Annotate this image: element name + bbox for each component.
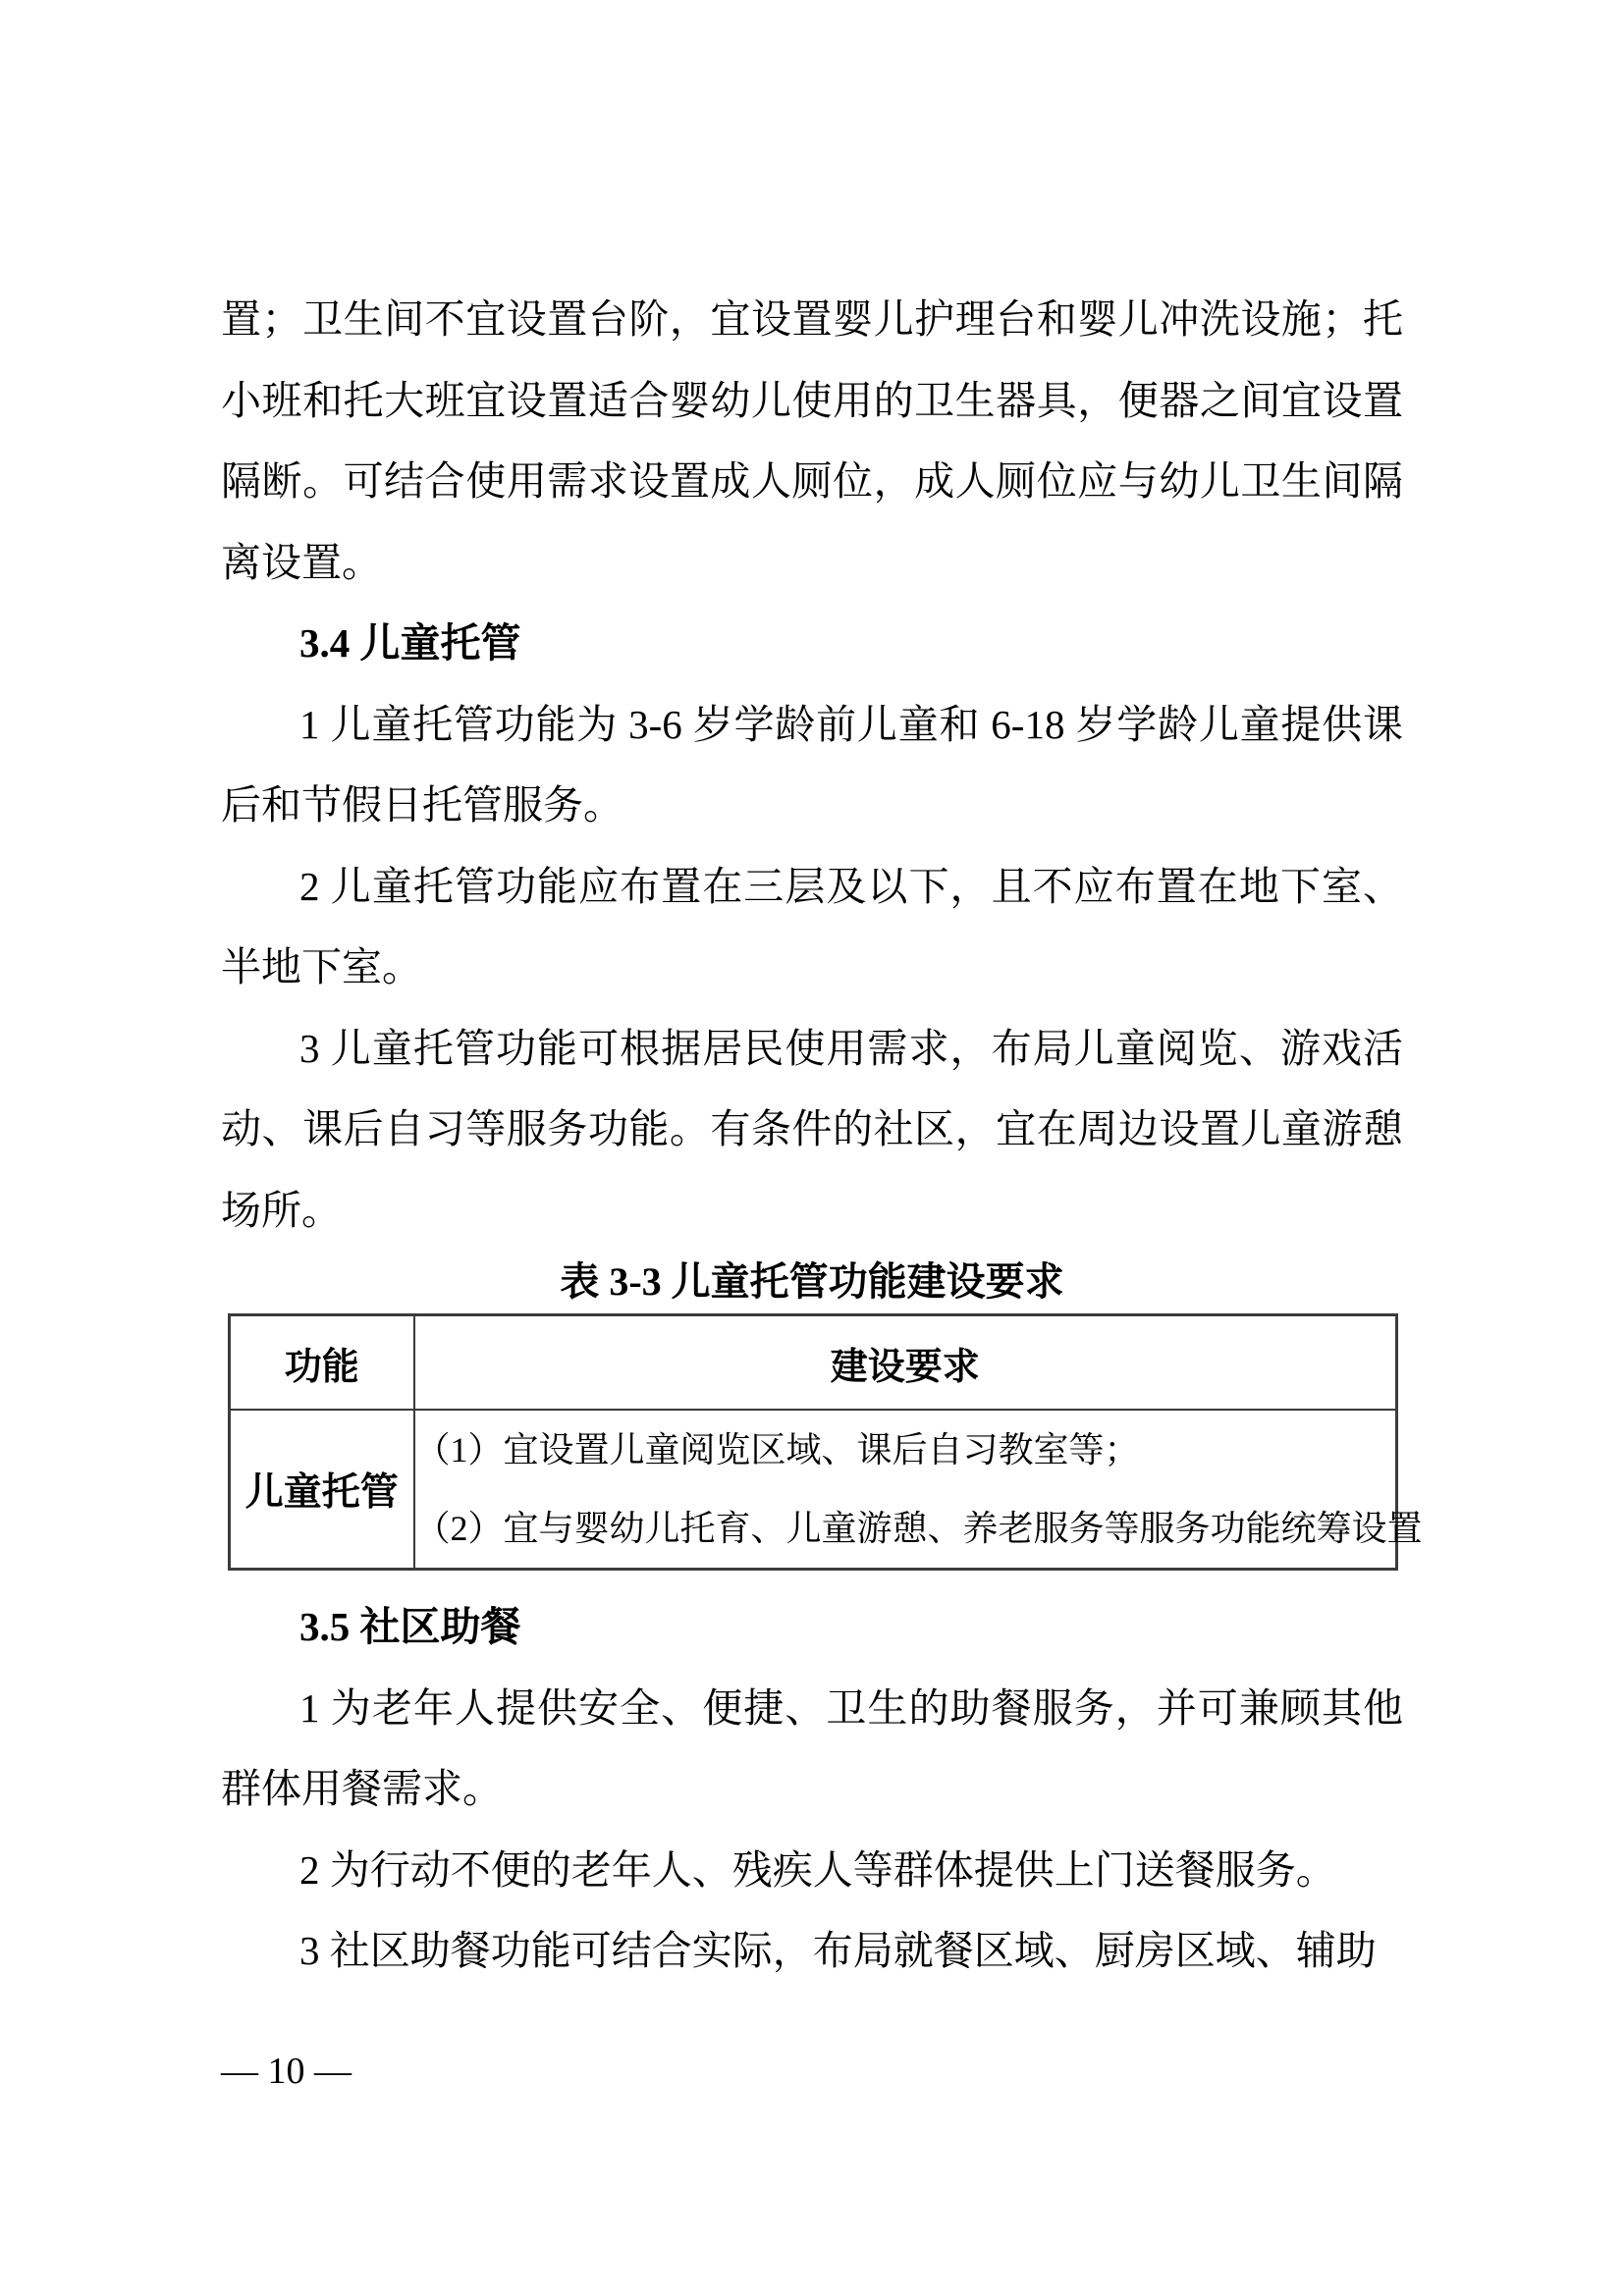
body-text-line: 半地下室。: [221, 927, 1403, 1008]
requirement-line: （2）宜与婴幼儿托育、儿童游憩、养老服务等服务功能统筹设置: [415, 1489, 1396, 1568]
page-body-text: 置；卫生间不宜设置台阶，宜设置婴儿护理台和婴儿冲洗设施；托 小班和托大班宜设置适…: [221, 279, 1403, 1992]
table-header-function: 功能: [230, 1315, 414, 1411]
body-text-line: 2 为行动不便的老年人、残疾人等群体提供上门送餐服务。: [221, 1830, 1403, 1911]
requirement-line: （1）宜设置儿童阅览区域、课后自习教室等；: [415, 1411, 1396, 1489]
body-text-line: 后和节假日托管服务。: [221, 765, 1403, 846]
document-page: 置；卫生间不宜设置台阶，宜设置婴儿护理台和婴儿冲洗设施；托 小班和托大班宜设置适…: [0, 0, 1624, 2296]
body-text-line: 置；卫生间不宜设置台阶，宜设置婴儿护理台和婴儿冲洗设施；托: [221, 279, 1403, 360]
body-text-line: 隔断。可结合使用需求设置成人厕位，成人厕位应与幼儿卫生间隔: [221, 441, 1403, 522]
section-3-4-heading: 3.4 儿童托管: [221, 603, 1403, 684]
body-text-line: 1 为老年人提供安全、便捷、卫生的助餐服务，并可兼顾其他: [221, 1668, 1403, 1749]
body-text-line: 动、课后自习等服务功能。有条件的社区，宜在周边设置儿童游憩: [221, 1089, 1403, 1170]
body-text-line: 3 社区助餐功能可结合实际，布局就餐区域、厨房区域、辅助: [221, 1910, 1403, 1992]
body-text-line: 小班和托大班宜设置适合婴幼儿使用的卫生器具，便器之间宜设置: [221, 360, 1403, 442]
body-text-line: 群体用餐需求。: [221, 1748, 1403, 1830]
body-text-line: 3 儿童托管功能可根据居民使用需求，布局儿童阅览、游戏活: [221, 1008, 1403, 1090]
table-row: 儿童托管 （1）宜设置儿童阅览区域、课后自习教室等； （2）宜与婴幼儿托育、儿童…: [230, 1410, 1397, 1570]
table-3-3: 功能 建设要求 儿童托管 （1）宜设置儿童阅览区域、课后自习教室等； （2）宜与…: [228, 1313, 1398, 1571]
body-text-line: 1 儿童托管功能为 3-6 岁学龄前儿童和 6-18 岁学龄儿童提供课: [221, 684, 1403, 766]
body-text-line: 2 儿童托管功能应布置在三层及以下，且不应布置在地下室、: [221, 846, 1403, 928]
page-number: — 10 —: [221, 2051, 352, 2092]
table-cell-requirements: （1）宜设置儿童阅览区域、课后自习教室等； （2）宜与婴幼儿托育、儿童游憩、养老…: [414, 1410, 1397, 1570]
table-3-3-caption: 表 3-3 儿童托管功能建设要求: [221, 1251, 1403, 1313]
table-header-requirements: 建设要求: [414, 1315, 1397, 1411]
table-header-row: 功能 建设要求: [230, 1315, 1397, 1411]
body-text-line: 离设置。: [221, 522, 1403, 604]
table-cell-function: 儿童托管: [230, 1410, 414, 1570]
section-3-5-heading: 3.5 社区助餐: [221, 1586, 1403, 1668]
body-text-line: 场所。: [221, 1170, 1403, 1252]
